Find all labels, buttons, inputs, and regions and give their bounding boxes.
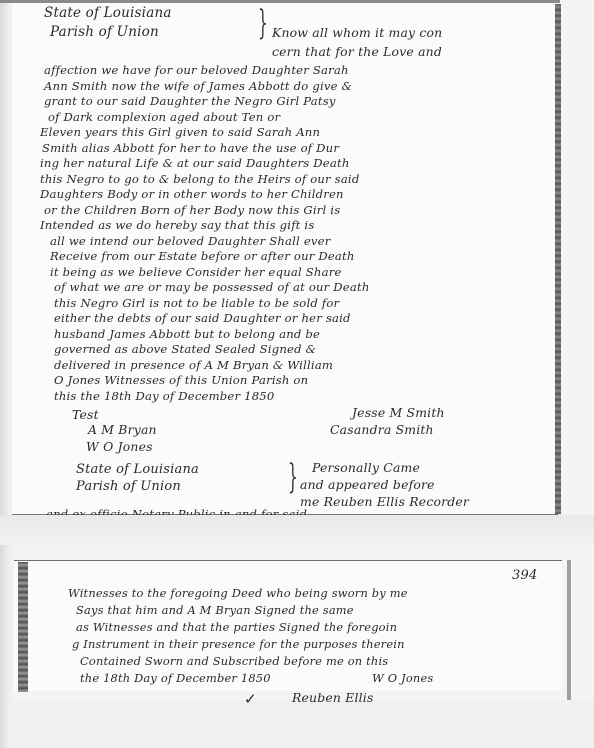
page-number: 394 [512, 566, 537, 585]
opening-line: me Reuben Ellis Recorder [300, 492, 469, 511]
curly-brace-icon: } [288, 460, 298, 494]
venue-parish: Parish of Union [50, 23, 159, 42]
page-gap [0, 515, 594, 545]
top-border-line [0, 0, 560, 3]
officer-signature: Reuben Ellis [292, 688, 374, 707]
checkmark-icon: ✓ [244, 690, 257, 709]
sheet-right-border [567, 560, 571, 700]
sheet-left-border [18, 562, 28, 692]
witness-signature: W O Jones [86, 437, 153, 456]
deed-line: this the 18th Day of December 1850 [54, 387, 274, 406]
deponent-signature: W O Jones [372, 669, 433, 688]
curly-brace-icon: } [258, 6, 268, 40]
continuation-line: the 18th Day of December 1850 [80, 669, 271, 688]
opening-line: cern that for the Love and [272, 42, 442, 61]
grantor-signature: Casandra Smith [330, 420, 434, 439]
opening-line: Know all whom it may con [272, 23, 442, 42]
sheet-right-border [555, 4, 561, 514]
venue-parish: Parish of Union [76, 477, 181, 496]
scan-bottom-margin [12, 700, 594, 748]
venue-state: State of Louisiana [44, 4, 172, 23]
